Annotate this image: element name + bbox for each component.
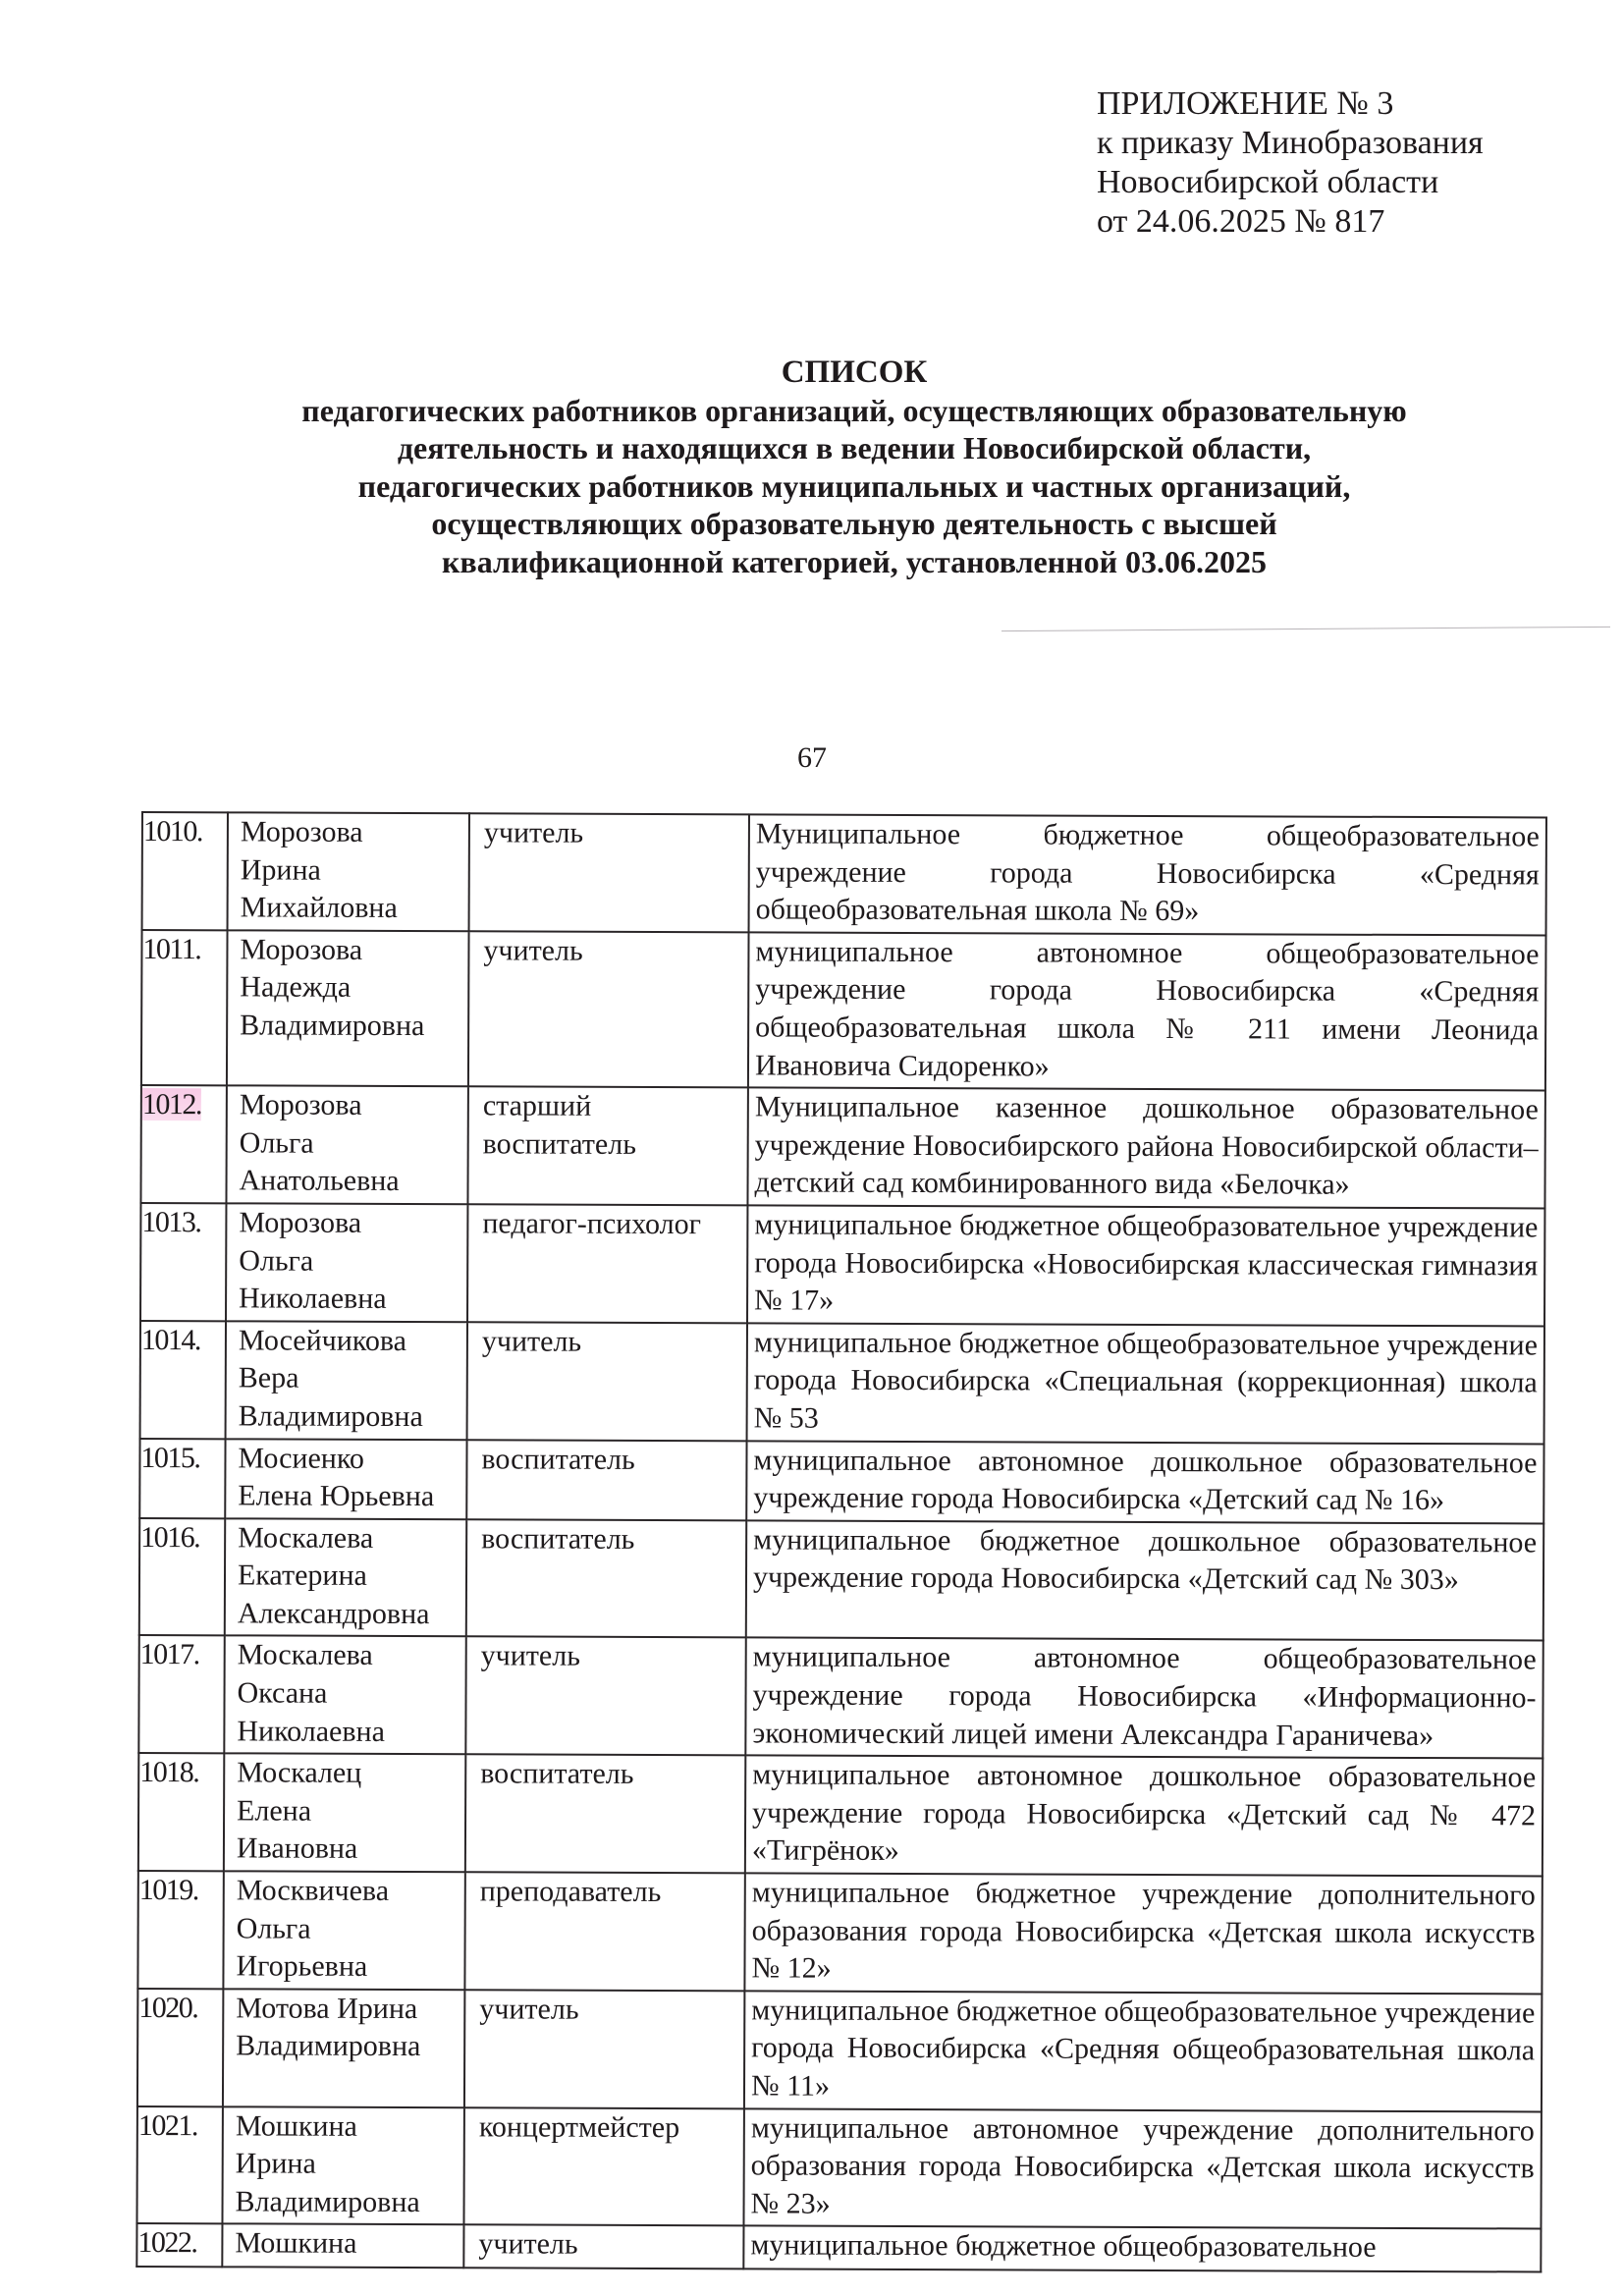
row-number: 1016. <box>139 1518 225 1636</box>
table-row: 1012.МорозоваОльгаАнатольевнастарший вос… <box>140 1085 1544 1208</box>
table-row: 1021.МошкинаИринаВладимировнаконцертмейс… <box>136 2106 1541 2229</box>
employee-name: МоскалецЕленаИвановна <box>224 1754 465 1873</box>
organization: муниципальное бюджетное учреждение допол… <box>744 1873 1542 1994</box>
employee-position: учитель <box>463 2225 743 2269</box>
employee-name: МосиенкоЕлена Юрьевна <box>225 1439 466 1519</box>
title-line-5: квалификационной категорией, установленн… <box>167 543 1542 581</box>
row-number: 1015. <box>139 1438 225 1518</box>
employee-position: воспитатель <box>465 1755 745 1874</box>
table-row: 1017.МоскалеваОксанаНиколаевнаучительмун… <box>138 1635 1543 1758</box>
title-line-1: педагогических работников организаций, о… <box>167 392 1542 430</box>
document-title: СПИСОК педагогических работников организ… <box>167 354 1542 580</box>
employee-position: воспитатель <box>466 1519 746 1638</box>
row-number: 1019. <box>137 1871 223 1989</box>
row-number: 1014. <box>140 1321 226 1439</box>
row-number: 1012. <box>140 1085 226 1203</box>
title-line-3: педагогических работников муниципальных … <box>167 467 1542 506</box>
employee-name: МорозоваИринаМихайловна <box>228 812 469 931</box>
employee-name: МоскалеваЕкатеринаАлександровна <box>225 1518 466 1637</box>
title-main: СПИСОК <box>167 354 1542 392</box>
table-row: 1018.МоскалецЕленаИвановнавоспитательмун… <box>138 1753 1543 1876</box>
employee-position: педагог-психолог <box>467 1204 747 1323</box>
employee-position: учитель <box>469 813 749 932</box>
employee-position: учитель <box>468 931 749 1087</box>
organization: муниципальное бюджетное общеобразователь… <box>747 1205 1544 1326</box>
table-row: 1020.Мотова ИринаВладимировнаучительмуни… <box>137 1989 1542 2111</box>
appendix-order-ref: к приказу Минобразования <box>1097 124 1484 163</box>
table-row: 1016.МоскалеваЕкатеринаАлександровнавосп… <box>139 1518 1543 1641</box>
employee-name: МошкинаИринаВладимировна <box>222 2106 463 2225</box>
appendix-region: Новосибирской области <box>1097 163 1484 202</box>
organization: муниципальное бюджетное общеобразователь… <box>744 1991 1542 2111</box>
organization: муниципальное автономное дошкольное обра… <box>746 1441 1543 1523</box>
page-number: 67 <box>0 741 1624 775</box>
organization: муниципальное автономное общеобразовател… <box>748 932 1546 1090</box>
row-number: 1017. <box>138 1635 224 1753</box>
table-row: 1010.МорозоваИринаМихайловнаучительМуниц… <box>142 812 1546 935</box>
organization: муниципальное бюджетное дошкольное образ… <box>746 1520 1543 1641</box>
organization: Муниципальное казенное дошкольное образо… <box>747 1088 1544 1209</box>
organization: муниципальное бюджетное общеобразователь… <box>747 1323 1544 1444</box>
employee-name: МорозоваОльгаАнатольевна <box>226 1085 467 1204</box>
appendix-header: ПРИЛОЖЕНИЕ № 3 к приказу Минобразования … <box>1097 84 1484 242</box>
row-number: 1018. <box>138 1753 224 1871</box>
row-number: 1010. <box>142 812 228 930</box>
organization: муниципальное бюджетное общеобразователь… <box>743 2226 1541 2272</box>
organization: муниципальное автономное дошкольное обра… <box>745 1756 1543 1877</box>
employee-position: преподаватель <box>464 1872 744 1991</box>
title-line-4: осуществляющих образовательную деятельно… <box>167 505 1542 543</box>
employee-name: МоскалеваОксанаНиколаевна <box>224 1636 465 1755</box>
row-number: 1011. <box>141 930 228 1086</box>
staff-table-body: 1010.МорозоваИринаМихайловнаучительМуниц… <box>136 812 1546 2272</box>
table-row: 1022.Мошкинаучительмуниципальное бюджетн… <box>136 2223 1541 2271</box>
divider <box>1001 627 1610 631</box>
employee-name: МорозоваОльгаНиколаевна <box>226 1203 467 1322</box>
row-number: 1022. <box>136 2223 222 2267</box>
organization: Муниципальное бюджетное общеобразователь… <box>749 814 1546 935</box>
staff-table: 1010.МорозоваИринаМихайловнаучительМуниц… <box>135 811 1547 2273</box>
employee-name: Мотова ИринаВладимировна <box>223 1989 464 2107</box>
employee-position: концертмейстер <box>463 2107 743 2226</box>
table-row: 1019.МосквичеваОльгаИгорьевнапреподавате… <box>137 1871 1542 1994</box>
table-row: 1015.МосиенкоЕлена Юрьевнавоспитательмун… <box>139 1438 1543 1523</box>
row-number: 1013. <box>140 1203 226 1321</box>
table-row: 1011.МорозоваНадеждаВладимировнаучительм… <box>141 930 1546 1091</box>
appendix-order-date: от 24.06.2025 № 817 <box>1097 202 1484 242</box>
employee-position: учитель <box>467 1322 747 1441</box>
row-number: 1020. <box>137 1989 223 2106</box>
organization: муниципальное автономное общеобразовател… <box>745 1638 1543 1759</box>
employee-name: МосквичеваОльгаИгорьевна <box>223 1871 464 1990</box>
employee-name: Мошкина <box>222 2224 463 2269</box>
table-row: 1014.МосейчиковаВераВладимировнаучительм… <box>140 1321 1544 1444</box>
row-number: 1021. <box>136 2106 222 2224</box>
title-line-2: деятельность и находящихся в ведении Нов… <box>167 429 1542 467</box>
employee-position: воспитатель <box>466 1440 746 1520</box>
table-row: 1013.МорозоваОльгаНиколаевнапедагог-псих… <box>140 1203 1544 1326</box>
staff-table-container: 1010.МорозоваИринаМихайловнаучительМуниц… <box>135 811 1545 2273</box>
employee-position: старший воспитатель <box>467 1086 747 1205</box>
employee-position: учитель <box>465 1637 745 1756</box>
appendix-number: ПРИЛОЖЕНИЕ № 3 <box>1097 84 1484 124</box>
employee-position: учитель <box>464 1990 744 2108</box>
employee-name: МорозоваНадеждаВладимировна <box>227 930 469 1086</box>
organization: муниципальное автономное учреждение допо… <box>743 2108 1541 2229</box>
employee-name: МосейчиковаВераВладимировна <box>226 1321 467 1440</box>
